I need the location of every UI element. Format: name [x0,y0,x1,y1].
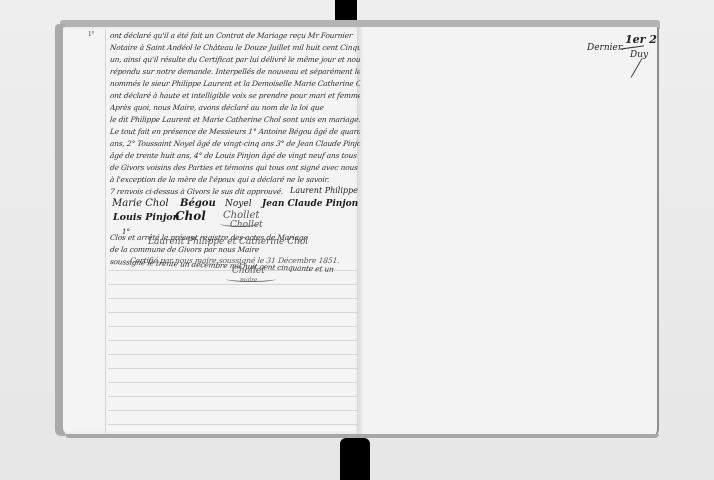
entry-line: ans, 2° Toussaint Noyel âgé de vingt-cin… [110,139,361,148]
entry-line: ont déclaré qu'il a été fait un Contrat … [110,31,361,40]
left-margin-rule [105,29,106,433]
ruled-line [108,424,358,425]
ruled-line [108,354,358,355]
folio-number: 1er 2 [625,33,657,46]
binding-clip-bottom [340,438,370,480]
entry-line: ont déclaré à haute et intelligible voix… [110,91,361,100]
book-gutter [357,27,363,437]
certification-text: Certifié par nous maire soussigné le 31 … [130,256,363,265]
ruled-line [108,340,358,341]
page-marker: 1° [88,30,94,38]
signature-flourish [226,276,276,282]
folio-denominator: Duy [630,50,648,60]
ruled-line [108,312,358,313]
entry-line: le dit Philippe Laurent et Marie Catheri… [110,115,361,124]
signature-chol: Chol [175,209,206,223]
ruled-line [108,410,358,411]
entry-line: nommés le sieur Philippe Laurent et la D… [110,79,361,88]
ruled-line [108,326,358,327]
signature-groom: Laurent Philippe [290,186,358,195]
entry-line: un, ainsi qu'il résulte du Certificat pa… [110,55,361,64]
certification-signature: Chollet [232,266,265,276]
folio-label: Dernier. [587,43,624,53]
right-page [361,27,659,437]
entry-line: Le tout fait en présence de Messieurs 1°… [110,127,361,136]
ruled-line [108,396,358,397]
entry-line: Après quoi, nous Maire, avons déclaré au… [110,103,361,112]
entry-line: à l'exception de la mère de l'époux qui … [110,175,361,184]
ruled-line [108,368,358,369]
ruled-line [108,284,358,285]
signature-witness-jean-claude-pinjon: Jean Claude Pinjon [262,199,358,209]
entry-line: de Givors voisins des Parties et témoins… [110,163,361,172]
entry-line: répondu sur notre demande. Interpellés d… [110,67,361,76]
signature-bride: Marie Chol [112,198,169,209]
closing-signature: Chollet [230,220,263,230]
margin-note-marker: 1° [122,228,130,236]
signature-witness-noyel: Noyel [225,199,252,209]
signature-witness-begou: Bégou [180,198,216,209]
ruled-line [108,298,358,299]
signature-witness-louis-pinjon: Louis Pinjon [113,212,180,223]
entry-line: âgé de trente huit ans, 4° de Louis Pinj… [110,151,361,160]
ruled-line [108,382,358,383]
left-page [63,27,361,434]
entry-line: Notaire à Saint Andéol le Château le Dou… [110,43,361,52]
margin-note-text: Laurent Philippe et Catherine Chol [148,237,308,247]
